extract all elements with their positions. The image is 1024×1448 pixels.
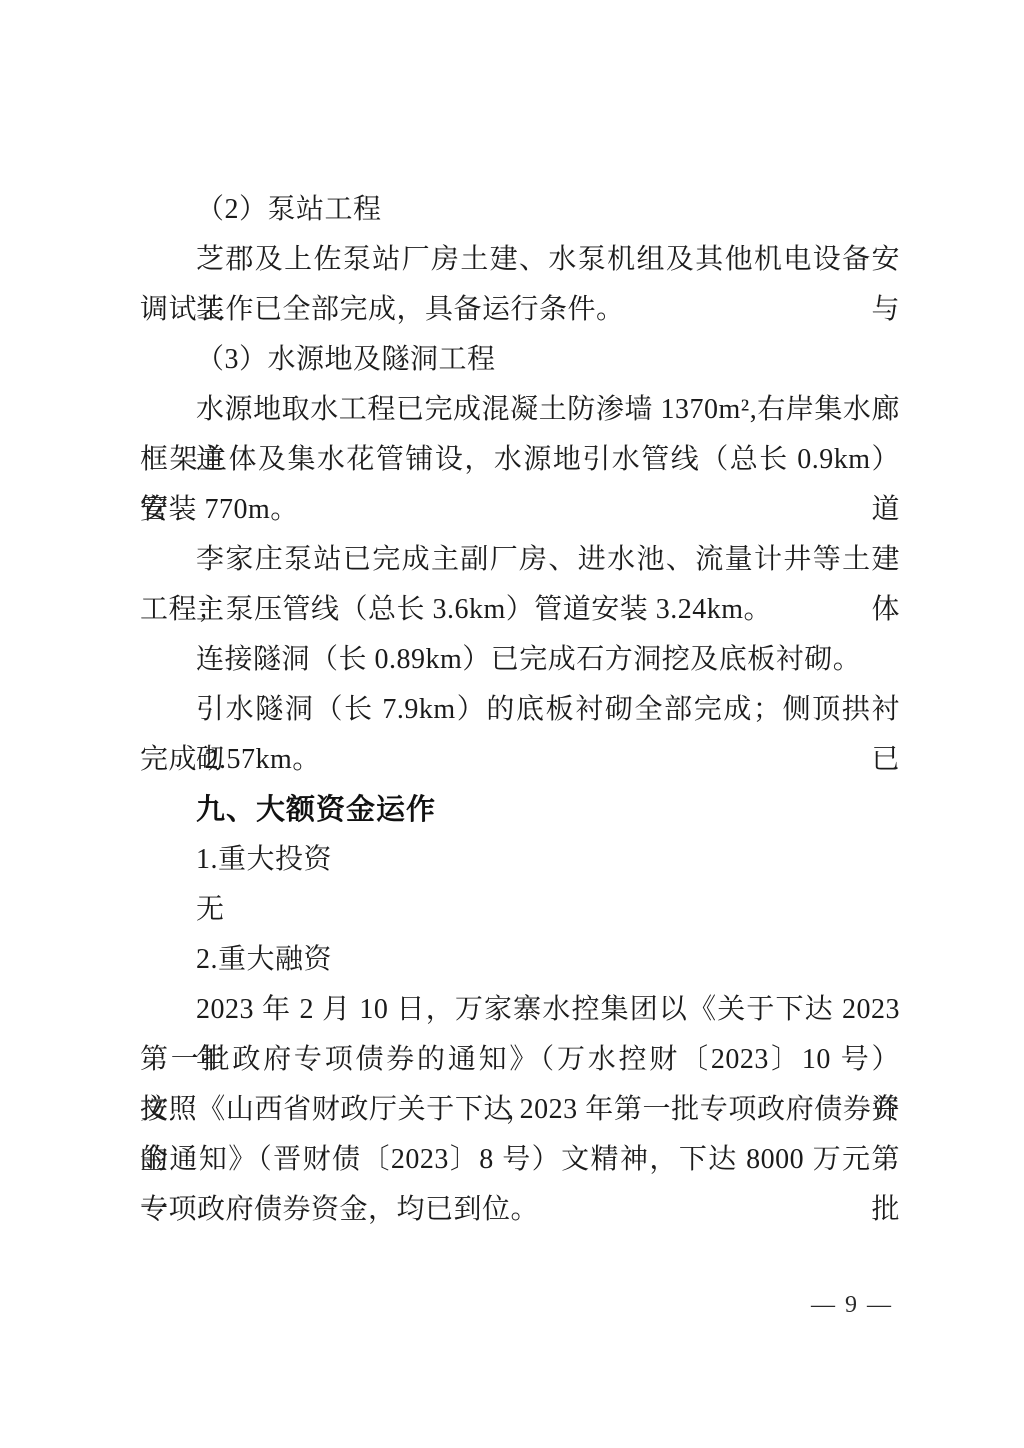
body-text-line: 的通知》（晋财债〔2023〕8 号）文精神，下达 8000 万元第一批 (140, 1135, 900, 1185)
body-text-line: 引水隧洞（长 7.9km）的底板衬砌全部完成；侧顶拱衬砌已 (140, 685, 900, 735)
body-text-line: 第一批政府专项债券的通知》（万水控财〔2023〕10 号）文，并 (140, 1035, 900, 1085)
body-text-line: 框架主体及集水花管铺设，水源地引水管线（总长 0.9km）管道 (140, 435, 900, 485)
document-body: （2）泵站工程 芝郡及上佐泵站厂房土建、水泵机组及其他机电设备安装与 调试工作已… (140, 185, 900, 1235)
body-text-line: 按照《山西省财政厅关于下达 2023 年第一批专项政府债券资金 (140, 1085, 900, 1135)
body-text-line: 李家庄泵站已完成主副厂房、进水池、流量计井等土建主体 (140, 535, 900, 585)
body-text-line: 水源地取水工程已完成混凝土防渗墙 1370m²,右岸集水廊道 (140, 385, 900, 435)
page-number: — 9 — (808, 1290, 896, 1320)
subsection-heading: （3）水源地及隧洞工程 (140, 335, 900, 385)
body-text-line: 无 (140, 885, 900, 935)
section-heading: 九、大额资金运作 (140, 785, 900, 835)
body-text-line: 2023 年 2 月 10 日，万家寨水控集团以《关于下达 2023 年 (140, 985, 900, 1035)
body-text-line: 连接隧洞（长 0.89km）已完成石方洞挖及底板衬砌。 (140, 635, 900, 685)
document-page: （2）泵站工程 芝郡及上佐泵站厂房土建、水泵机组及其他机电设备安装与 调试工作已… (0, 0, 1024, 1448)
list-item-heading: 1.重大投资 (140, 835, 900, 885)
subsection-heading: （2）泵站工程 (140, 185, 900, 235)
body-text-line: 芝郡及上佐泵站厂房土建、水泵机组及其他机电设备安装与 (140, 235, 900, 285)
list-item-heading: 2.重大融资 (140, 935, 900, 985)
